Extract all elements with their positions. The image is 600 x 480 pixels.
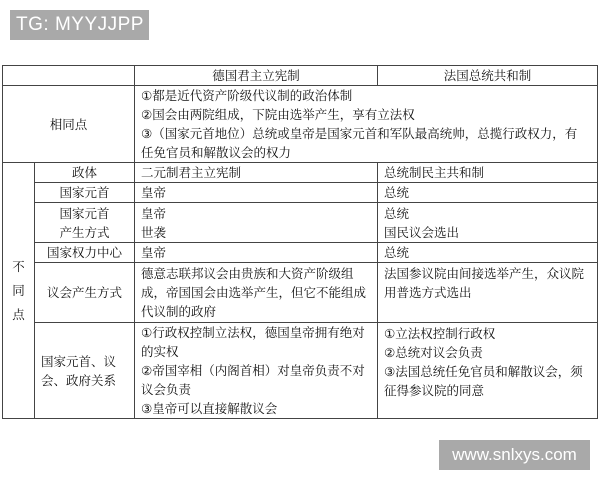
france-cell: 总统制民主共和制 <box>378 163 598 183</box>
comparison-table: 德国君主立宪制 法国总统共和制 相同点 ①都是近代资产阶级代议制的政治体制 ②国… <box>2 65 598 419</box>
germany-cell: 德意志联邦议会由贵族和大资产阶级组 成，帝国国会由选举产生，但它不能组成 代议制… <box>135 263 378 323</box>
row-label: 国家元首 产生方式 <box>35 203 135 243</box>
similarity-line: ②国会由两院组成，下院由选举产生，享有立法权 <box>141 105 591 124</box>
germany-cell: ①行政权控制立法权，德国皇帝拥有绝对 的实权 ②帝国宰相（内阁首相）对皇帝负责不… <box>135 323 378 419</box>
table-row-relations: 国家元首、议 会、政府关系 ①行政权控制立法权，德国皇帝拥有绝对 的实权 ②帝国… <box>3 323 598 419</box>
row-label: 国家权力中心 <box>35 243 135 263</box>
row-label: 议会产生方式 <box>35 263 135 323</box>
france-cell: 法国参议院由间接选举产生，众议院 用普选方式选出 <box>378 263 598 323</box>
row-label: 国家元首、议 会、政府关系 <box>35 323 135 419</box>
germany-cell: 二元制君主立宪制 <box>135 163 378 183</box>
table-row-power-center: 国家权力中心 皇帝 总统 <box>3 243 598 263</box>
row-label: 政体 <box>35 163 135 183</box>
table-row-head-selection: 国家元首 产生方式 皇帝 世袭 总统 国民议会选出 <box>3 203 598 243</box>
watermark-bottom: www.snlxys.com <box>439 440 590 470</box>
germany-cell: 皇帝 世袭 <box>135 203 378 243</box>
header-row: 德国君主立宪制 法国总统共和制 <box>3 66 598 86</box>
table-row-regime: 不 同 点 政体 二元制君主立宪制 总统制民主共和制 <box>3 163 598 183</box>
table-row-head-of-state: 国家元首 皇帝 总统 <box>3 183 598 203</box>
france-cell: 总统 <box>378 183 598 203</box>
france-cell: 总统 国民议会选出 <box>378 203 598 243</box>
similarity-line: ③（国家元首地位）总统或皇帝是国家元首和军队最高统帅，总揽行政权力，有 <box>141 124 591 143</box>
watermark-top: TG: MYYJJPP <box>10 10 149 40</box>
france-cell: 总统 <box>378 243 598 263</box>
header-france: 法国总统共和制 <box>378 66 598 86</box>
similarities-label: 相同点 <box>3 86 135 163</box>
similarities-row: 相同点 ①都是近代资产阶级代议制的政治体制 ②国会由两院组成，下院由选举产生，享… <box>3 86 598 163</box>
table-row-parliament: 议会产生方式 德意志联邦议会由贵族和大资产阶级组 成，帝国国会由选举产生，但它不… <box>3 263 598 323</box>
france-cell: ①立法权控制行政权 ②总统对议会负责 ③法国总统任免官员和解散议会，须 征得参议… <box>378 323 598 419</box>
similarities-content: ①都是近代资产阶级代议制的政治体制 ②国会由两院组成，下院由选举产生，享有立法权… <box>135 86 598 163</box>
similarity-line: 任免官员和解散议会的权力 <box>141 143 591 162</box>
similarity-line: ①都是近代资产阶级代议制的政治体制 <box>141 86 591 105</box>
header-empty-cell <box>3 66 135 86</box>
header-germany: 德国君主立宪制 <box>135 66 378 86</box>
differences-label: 不 同 点 <box>3 163 35 419</box>
row-label: 国家元首 <box>35 183 135 203</box>
germany-cell: 皇帝 <box>135 183 378 203</box>
germany-cell: 皇帝 <box>135 243 378 263</box>
